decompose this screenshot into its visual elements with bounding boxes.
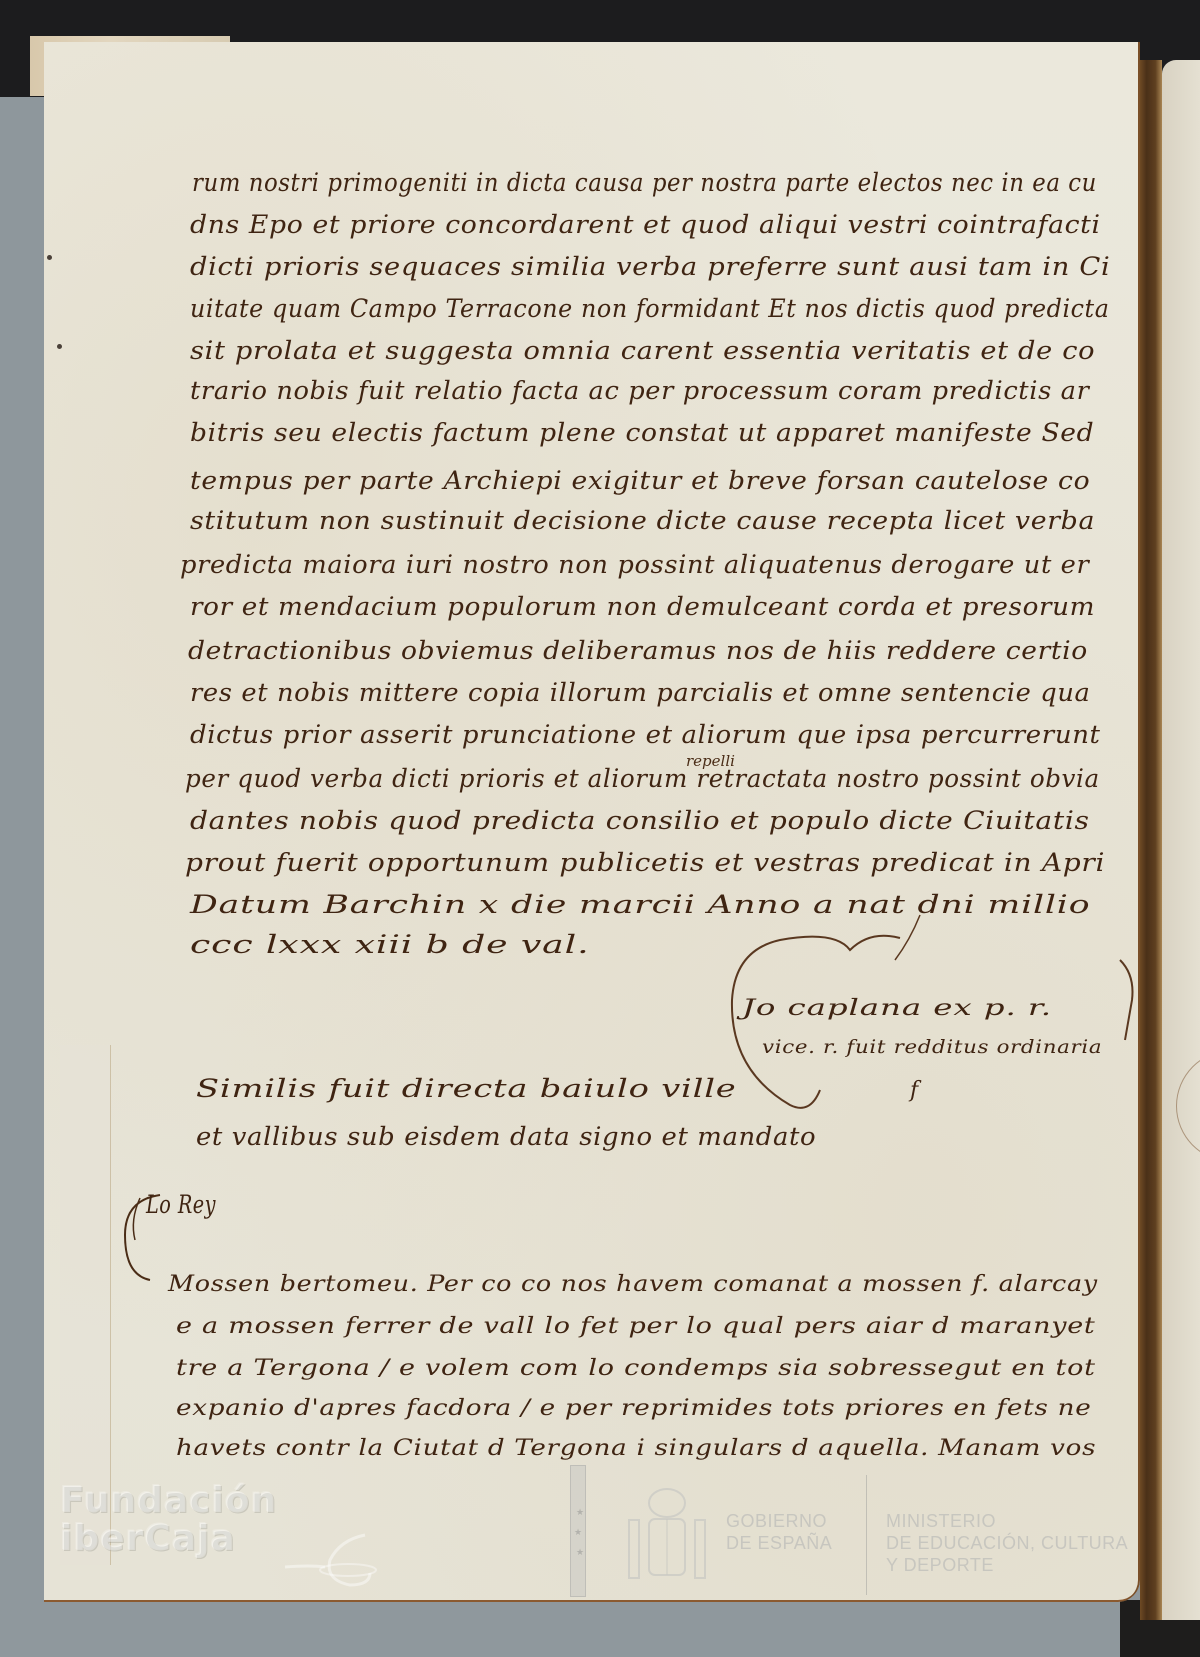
text-line: detractionibus obviemus deliberamus nos … bbox=[188, 636, 1088, 665]
watermark-ministerio: MINISTERIO DE EDUCACIÓN, CULTURA Y DEPOR… bbox=[886, 1510, 1128, 1576]
text-line: predicta maiora iuri nostro non possint … bbox=[180, 550, 1089, 579]
watermark-text: Y DEPORTE bbox=[886, 1554, 1128, 1576]
text-line: dns Epo et priore concordarent et quod a… bbox=[190, 210, 1101, 239]
text-line: prout fuerit opportunum publicetis et ve… bbox=[185, 848, 1105, 877]
watermark-gobierno: GOBIERNO DE ESPAÑA bbox=[726, 1510, 832, 1554]
text-line: dictus prior asserit prunciatione et ali… bbox=[190, 720, 1101, 749]
letter-line: havets contr la Ciutat d Tergona i singu… bbox=[176, 1436, 1096, 1461]
text-line: dantes nobis quod predicta consilio et p… bbox=[190, 806, 1090, 835]
book-gutter bbox=[1140, 60, 1162, 1620]
signature-line: vice. r. fuit redditus ordinaria bbox=[762, 1036, 1102, 1058]
text-line: stitutum non sustinuit decisione dicte c… bbox=[190, 506, 1095, 535]
text-line: per quod verba dicti prioris et aliorum … bbox=[185, 764, 1100, 793]
binding-hole bbox=[47, 255, 52, 260]
watermark-text: GOBIERNO bbox=[726, 1510, 832, 1532]
star-icon: ★ bbox=[576, 1548, 584, 1558]
letter-line: tre a Tergona / e volem com lo condemps … bbox=[176, 1356, 1096, 1381]
star-icon: ★ bbox=[576, 1508, 584, 1518]
text-line: trario nobis fuit relatio facta ac per p… bbox=[190, 376, 1089, 405]
spanish-coat-of-arms-icon bbox=[625, 1485, 710, 1595]
letter-line: e a mossen ferrer de vall lo fet per lo … bbox=[176, 1314, 1096, 1339]
text-line: rum nostri primogeniti in dicta causa pe… bbox=[192, 168, 1097, 197]
star-icon: ★ bbox=[574, 1528, 582, 1538]
watermark-text: DE EDUCACIÓN, CULTURA bbox=[886, 1532, 1128, 1554]
watermark-text: iberCaja bbox=[60, 1520, 277, 1558]
binding-hole bbox=[57, 344, 62, 349]
text-line: bitris seu electis factum plene constat … bbox=[190, 418, 1094, 447]
interlinear-correction: repelli bbox=[686, 752, 735, 770]
watermark-text: DE ESPAÑA bbox=[726, 1532, 832, 1554]
text-line: ccc lxxx xiii b de val. bbox=[190, 930, 589, 959]
similis-note-line: Similis fuit directa baiulo ville bbox=[196, 1074, 737, 1103]
text-line: uitate quam Campo Terracone non formidan… bbox=[190, 294, 1109, 323]
ibercaja-logo-icon bbox=[280, 1515, 380, 1595]
text-line: Datum Barchin x die marcii Anno a nat dn… bbox=[190, 890, 1090, 919]
letter-line: Mossen bertomeu. Per co co nos havem com… bbox=[168, 1272, 1098, 1297]
text-line: ror et mendacium populorum non demulcean… bbox=[190, 592, 1095, 621]
similis-note-line: et vallibus sub eisdem data signo et man… bbox=[196, 1122, 816, 1151]
signature-line: Jo caplana ex p. r. bbox=[742, 996, 1052, 1021]
watermark-fundacion-ibercaja: Fundación iberCaja bbox=[60, 1482, 277, 1558]
watermark-text: MINISTERIO bbox=[886, 1510, 1128, 1532]
adjacent-page-edge bbox=[1162, 60, 1200, 1620]
text-line: res et nobis mittere copia illorum parci… bbox=[190, 678, 1090, 707]
signature-mark: f bbox=[910, 1078, 919, 1103]
text-line: sit prolata et suggesta omnia carent ess… bbox=[190, 336, 1095, 365]
text-line: dicti prioris sequaces similia verba pre… bbox=[190, 252, 1110, 281]
watermark-divider bbox=[866, 1475, 867, 1595]
watermark-text: Fundación bbox=[60, 1482, 277, 1520]
letter-line: expanio d'apres facdora / e per reprimid… bbox=[176, 1396, 1092, 1421]
text-line: tempus per parte Archiepi exigitur et br… bbox=[190, 466, 1090, 495]
letter-heading: Lo Rey bbox=[146, 1190, 216, 1219]
